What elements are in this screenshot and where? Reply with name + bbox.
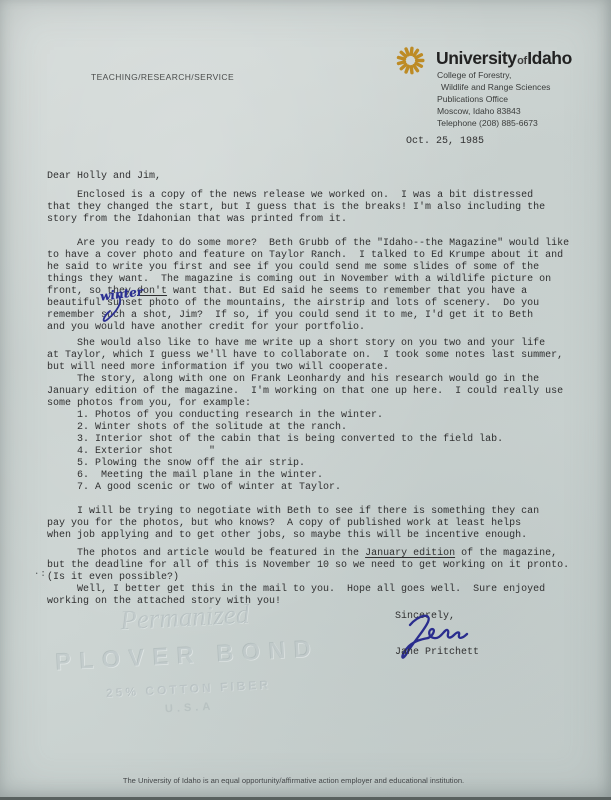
university-name: UniversityofIdaho	[436, 48, 572, 69]
paragraph: I will be trying to negotiate with Beth …	[47, 506, 587, 542]
address-line: Moscow, Idaho 83843	[437, 105, 550, 117]
watermark-brand-line: PLOVER BOND	[51, 635, 322, 677]
university-name-part3: Idaho	[527, 48, 572, 68]
photo-wish-list: 1. Photos of you conducting research in …	[47, 410, 587, 494]
letter-page: TEACHING/RESEARCH/SERVICE UniversityofId…	[0, 0, 611, 800]
paper-watermark: Permanized PLOVER BOND 25% COTTON FIBER …	[49, 595, 324, 721]
typed-signature-name: Jane Pritchett	[395, 647, 479, 659]
letter-body: Dear Holly and Jim, Enclosed is a copy o…	[47, 171, 587, 608]
address-line: Wildlife and Range Sciences	[437, 81, 550, 93]
address-line: Publications Office	[437, 93, 550, 105]
paragraph: The story, along with one on Frank Leonh…	[47, 374, 587, 410]
equal-opportunity-footer: The University of Idaho is an equal oppo…	[0, 776, 587, 785]
university-of-idaho-logo-icon	[392, 42, 429, 79]
letterhead-motto: TEACHING/RESEARCH/SERVICE	[91, 72, 234, 82]
salutation: Dear Holly and Jim,	[47, 171, 587, 183]
paragraph: She would also like to have me write up …	[47, 338, 587, 374]
paragraph: Enclosed is a copy of the news release w…	[47, 190, 587, 226]
letter-date: Oct. 25, 1985	[406, 136, 484, 148]
address-line: Telephone (208) 885-6673	[437, 117, 550, 129]
closing: Sincerely,	[395, 611, 455, 623]
university-name-part2: of	[517, 55, 528, 67]
ink-scrawl-tail-icon	[96, 294, 130, 328]
university-name-part1: University	[436, 48, 517, 68]
margin-mark: ·:	[34, 568, 47, 580]
address-line: College of Forestry,	[437, 69, 550, 81]
letterhead-address: College of Forestry, Wildlife and Range …	[437, 69, 550, 129]
